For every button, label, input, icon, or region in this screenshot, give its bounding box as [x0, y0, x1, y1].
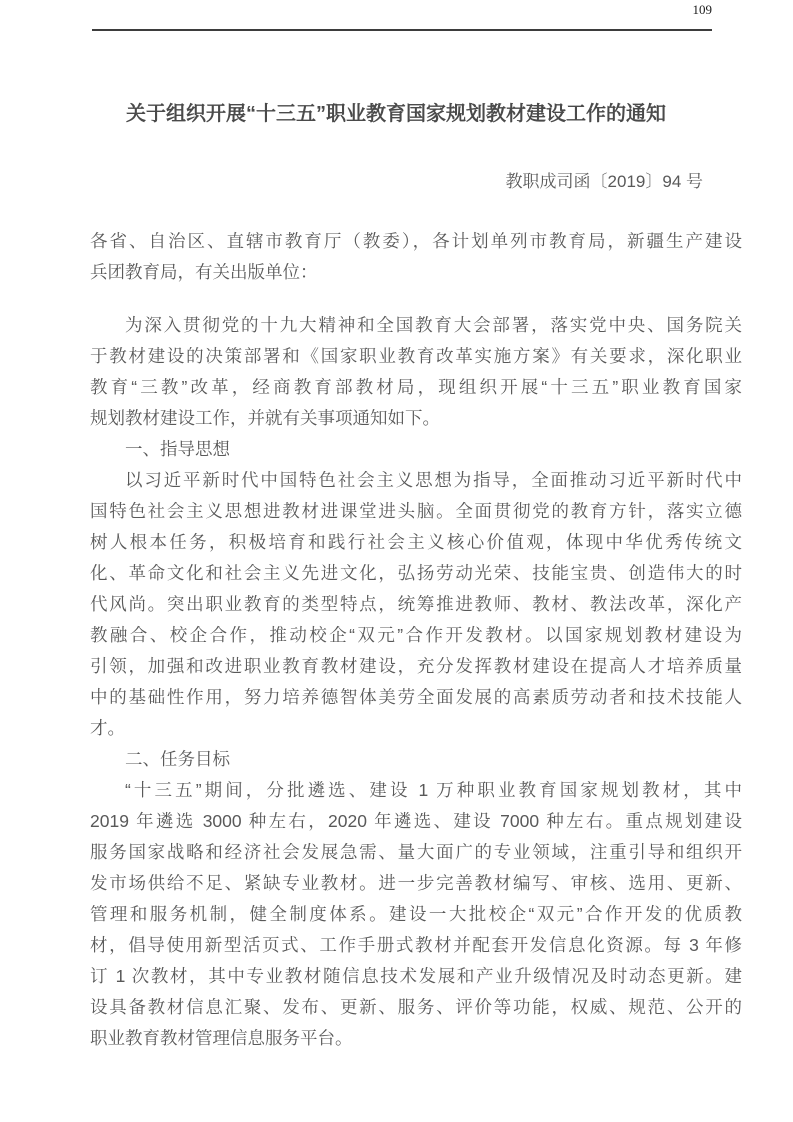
paragraph-line: 树人根本任务，积极培育和践行社会主义核心价值观，体现中华优秀传统文: [90, 527, 742, 558]
paragraph-line: “十三五”期间，分批遴选、建设 1 万种职业教育国家规划教材，其中: [90, 775, 742, 806]
document-content: 关于组织开展“十三五”职业教育国家规划教材建设工作的通知 教职成司函〔2019〕…: [90, 0, 742, 1054]
paragraph-line: 教育“三教”改革，经商教育部教材局，现组织开展“十三五”职业教育国家: [90, 372, 742, 403]
paragraph-line: 中的基础性作用，努力培养德智体美劳全面发展的高素质劳动者和技术技能人: [90, 682, 742, 713]
section-heading: 一、指导思想: [90, 434, 742, 465]
document-body: 各省、自治区、直辖市教育厅（教委），各计划单列市教育局，新疆生产建设兵团教育局，…: [90, 226, 742, 1054]
body-paragraph: “十三五”期间，分批遴选、建设 1 万种职业教育国家规划教材，其中2019 年遴…: [90, 775, 742, 1054]
paragraph-line: 引领，加强和改进职业教育教材建设，充分发挥教材建设在提高人才培养质量: [90, 651, 742, 682]
paragraph-line: 发市场供给不足、紧缺专业教材。进一步完善教材编写、审核、选用、更新、: [90, 868, 742, 899]
document-number: 教职成司函〔2019〕94 号: [90, 170, 742, 194]
paragraph-line: 各省、自治区、直辖市教育厅（教委），各计划单列市教育局，新疆生产建设: [90, 226, 742, 257]
paragraph-gap: [90, 288, 742, 310]
paragraph-line: 为深入贯彻党的十九大精神和全国教育大会部署，落实党中央、国务院关: [90, 310, 742, 341]
paragraph-line: 订 1 次教材，其中专业教材随信息技术发展和产业升级情况及时动态更新。建: [90, 961, 742, 992]
body-paragraph: 为深入贯彻党的十九大精神和全国教育大会部署，落实党中央、国务院关于教材建设的决策…: [90, 310, 742, 434]
section-heading-text: 一、指导思想: [90, 434, 742, 465]
paragraph-line: 服务国家战略和经济社会发展急需、量大面广的专业领域，注重引导和组织开: [90, 837, 742, 868]
paragraph-line: 设具备教材信息汇聚、发布、更新、服务、评价等功能，权威、规范、公开的: [90, 992, 742, 1023]
paragraph-line: 兵团教育局，有关出版单位：: [90, 257, 742, 288]
paragraph-line: 化、革命文化和社会主义先进文化，弘扬劳动光荣、技能宝贵、创造伟大的时: [90, 558, 742, 589]
paragraph-line: 材，倡导使用新型活页式、工作手册式教材并配套开发信息化资源。每 3 年修: [90, 930, 742, 961]
body-paragraph: 以习近平新时代中国特色社会主义思想为指导，全面推动习近平新时代中国特色社会主义思…: [90, 465, 742, 744]
paragraph-line: 职业教育教材管理信息服务平台。: [90, 1023, 742, 1054]
paragraph-line: 国特色社会主义思想进教材进课堂进头脑。全面贯彻党的教育方针，落实立德: [90, 496, 742, 527]
paragraph-line: 才。: [90, 713, 742, 744]
paragraph-line: 教融合、校企合作，推动校企“双元”合作开发教材。以国家规划教材建设为: [90, 620, 742, 651]
paragraph-line: 规划教材建设工作，并就有关事项通知如下。: [90, 403, 742, 434]
document-title: 关于组织开展“十三五”职业教育国家规划教材建设工作的通知: [70, 100, 722, 128]
paragraph-line: 代风尚。突出职业教育的类型特点，统筹推进教师、教材、教法改革，深化产: [90, 589, 742, 620]
section-heading-text: 二、任务目标: [90, 744, 742, 775]
section-heading: 二、任务目标: [90, 744, 742, 775]
paragraph-line: 以习近平新时代中国特色社会主义思想为指导，全面推动习近平新时代中: [90, 465, 742, 496]
document-page: 109 关于组织开展“十三五”职业教育国家规划教材建设工作的通知 教职成司函〔2…: [0, 0, 793, 1122]
address-block: 各省、自治区、直辖市教育厅（教委），各计划单列市教育局，新疆生产建设兵团教育局，…: [90, 226, 742, 288]
paragraph-line: 于教材建设的决策部署和《国家职业教育改革实施方案》有关要求，深化职业: [90, 341, 742, 372]
paragraph-line: 管理和服务机制，健全制度体系。建设一大批校企“双元”合作开发的优质教: [90, 899, 742, 930]
paragraph-line: 2019 年遴选 3000 种左右，2020 年遴选、建设 7000 种左右。重…: [90, 806, 742, 837]
